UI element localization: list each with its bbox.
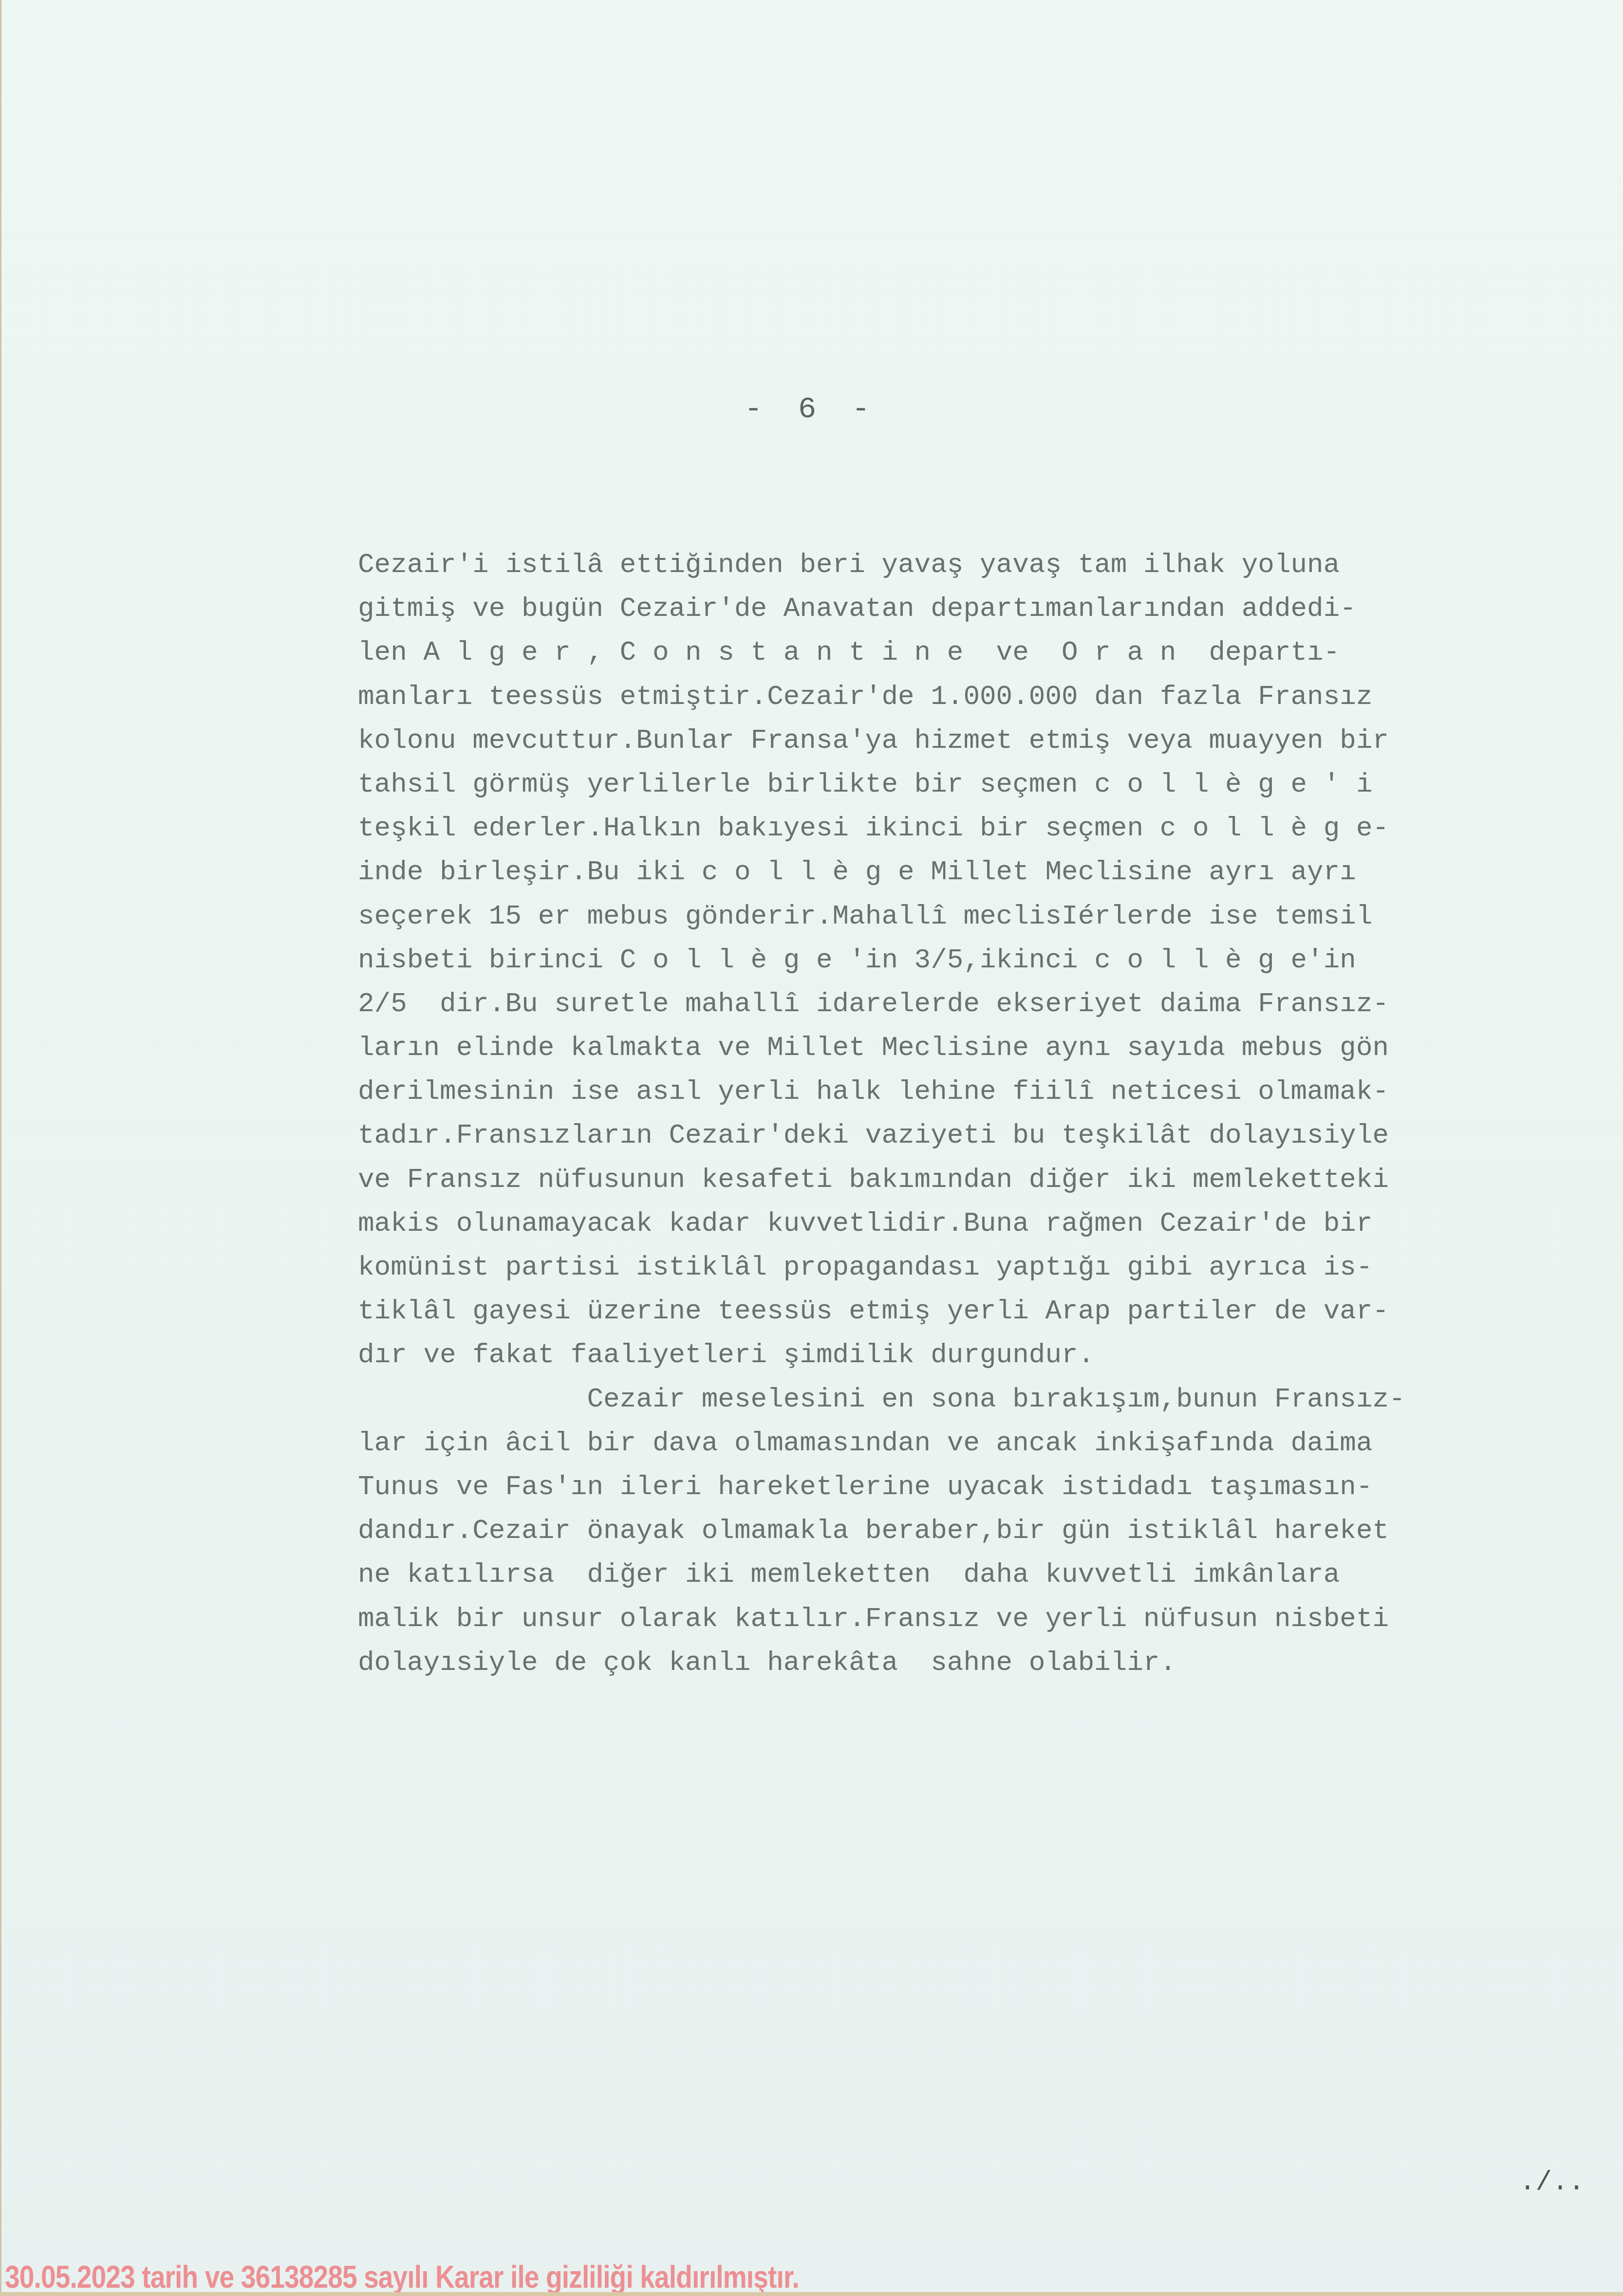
text-line: ne katılırsa diğer iki memleketten daha … xyxy=(358,1553,1614,1596)
paper-edge-left xyxy=(0,0,1,2296)
text-line: Cezair meselesini en sona bırakışım,bunu… xyxy=(358,1377,1614,1421)
text-line: dır ve fakat faaliyetleri şimdilik durgu… xyxy=(358,1333,1614,1377)
text-line: nisbeti birinci C o l l è g e 'in 3/5,ik… xyxy=(358,938,1614,982)
text-line: manları teessüs etmiştir.Cezair'de 1.000… xyxy=(358,675,1614,719)
text-line: lar için âcil bir dava olmamasından ve a… xyxy=(358,1421,1614,1465)
text-line: inde birleşir.Bu iki c o l l è g e Mille… xyxy=(358,850,1614,894)
text-line: derilmesinin ise asıl yerli halk lehine … xyxy=(358,1070,1614,1113)
text-line: ların elinde kalmakta ve Millet Meclisin… xyxy=(358,1026,1614,1070)
document-page: - 6 - Cezair'i istilâ ettiğinden beri ya… xyxy=(0,0,1623,2296)
text-line: tahsil görmüş yerlilerle birlikte bir se… xyxy=(358,762,1614,806)
text-line: seçerek 15 er mebus gönderir.Mahallî mec… xyxy=(358,894,1614,938)
text-line: makis olunamayacak kadar kuvvetlidir.Bun… xyxy=(358,1202,1614,1245)
text-line: tadır.Fransızların Cezair'deki vaziyeti … xyxy=(358,1113,1614,1157)
body-text: Cezair'i istilâ ettiğinden beri yavaş ya… xyxy=(358,543,1614,1685)
declassification-stamp: 30.05.2023 tarih ve 36138285 sayılı Kara… xyxy=(5,2259,799,2295)
text-line: malik bir unsur olarak katılır.Fransız v… xyxy=(358,1597,1614,1641)
text-line: Tunus ve Fas'ın ileri hareketlerine uyac… xyxy=(358,1465,1614,1509)
text-line: len A l g e r , C o n s t a n t i n e ve… xyxy=(358,630,1614,674)
text-line: dolayısiyle de çok kanlı harekâta sahne … xyxy=(358,1641,1614,1685)
paper-edge-bottom xyxy=(0,2292,1623,2296)
text-line: dandır.Cezair önayak olmamakla beraber,b… xyxy=(358,1509,1614,1553)
text-line: 2/5 dir.Bu suretle mahallî idarelerde ek… xyxy=(358,982,1614,1026)
continuation-mark: ./.. xyxy=(1519,2166,1585,2198)
text-line: komünist partisi istiklâl propagandası y… xyxy=(358,1245,1614,1289)
text-line: teşkil ederler.Halkın bakıyesi ikinci bi… xyxy=(358,806,1614,850)
text-line: tiklâl gayesi üzerine teessüs etmiş yerl… xyxy=(358,1289,1614,1333)
text-line: ve Fransız nüfusunun kesafeti bakımından… xyxy=(358,1158,1614,1202)
text-line: Cezair'i istilâ ettiğinden beri yavaş ya… xyxy=(358,543,1614,587)
page-number: - 6 - xyxy=(0,392,1623,426)
text-line: kolonu mevcuttur.Bunlar Fransa'ya hizmet… xyxy=(358,719,1614,762)
text-line: gitmiş ve bugün Cezair'de Anavatan depar… xyxy=(358,587,1614,630)
